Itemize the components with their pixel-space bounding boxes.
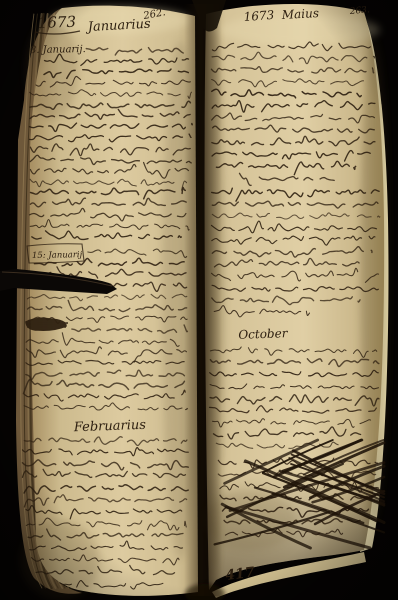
book-scene: 1673 Januarius 262. 8. Januarij. 15: Jan… [0,0,398,600]
photo-vignette [0,0,398,600]
manuscript-photo: 1673 Januarius 262. 8. Januarij. 15: Jan… [0,0,398,600]
